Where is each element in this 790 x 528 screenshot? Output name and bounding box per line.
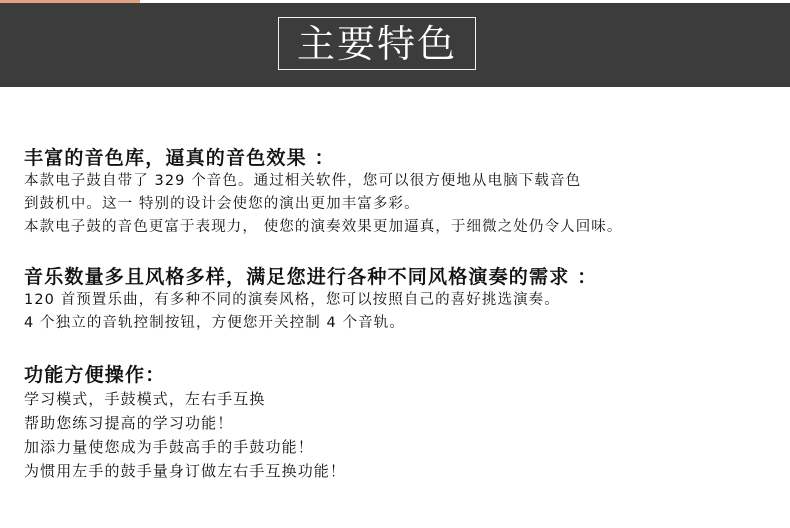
header-band: 主要特色 xyxy=(0,3,790,87)
title-box: 主要特色 xyxy=(278,17,476,70)
feature-section-songs: 音乐数量多且风格多样，满足您进行各种不同风格演奏的需求 ： 120 首预置乐曲，… xyxy=(24,265,784,335)
section-text-line: 加添力量使您成为手鼓高手的手鼓功能！ xyxy=(24,435,784,459)
page-title: 主要特色 xyxy=(297,25,457,63)
section-text-line: 帮助您练习提高的学习功能！ xyxy=(24,411,784,435)
section-text-line: 学习模式，手鼓模式，左右手互换 xyxy=(24,387,784,411)
section-heading: 功能方便操作： xyxy=(24,363,784,387)
section-text-line: 为惯用左手的鼓手量身订做左右手互换功能！ xyxy=(24,459,784,483)
feature-section-sound-library: 丰富的音色库，逼真的音色效果 ： 本款电子鼓自带了 329 个音色。通过相关软件… xyxy=(24,146,784,239)
feature-section-functions: 功能方便操作： 学习模式，手鼓模式，左右手互换 帮助您练习提高的学习功能！ 加添… xyxy=(24,363,784,483)
section-heading: 音乐数量多且风格多样，满足您进行各种不同风格演奏的需求 ： xyxy=(24,265,784,289)
section-text-line: 本款电子鼓的音色更富于表现力， 使您的演奏效果更加逼真，于细微之处仍令人回味。 xyxy=(24,216,784,239)
section-text-line: 到鼓机中。这一 特别的设计会使您的演出更加丰富多彩。 xyxy=(24,193,784,216)
section-text-line: 本款电子鼓自带了 329 个音色。通过相关软件，您可以很方便地从电脑下载音色 xyxy=(24,170,784,193)
section-text-line: 120 首预置乐曲，有多种不同的演奏风格，您可以按照自己的喜好挑选演奏。 xyxy=(24,289,784,312)
section-heading: 丰富的音色库，逼真的音色效果 ： xyxy=(24,146,784,170)
section-text-line: 4 个独立的音轨控制按钮，方便您开关控制 4 个音轨。 xyxy=(24,312,784,335)
